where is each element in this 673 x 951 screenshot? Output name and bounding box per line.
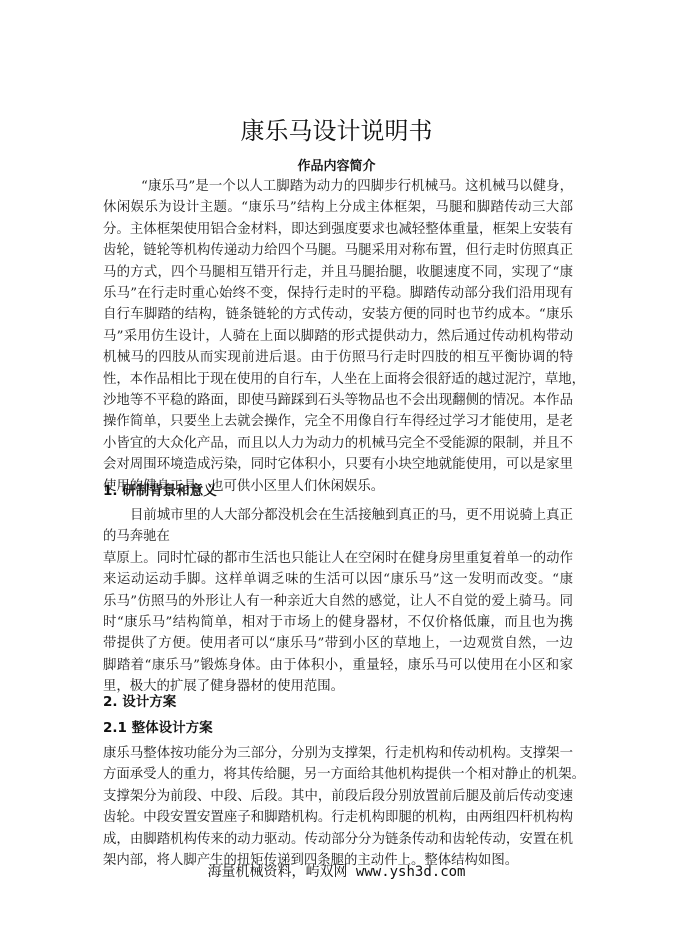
document-page: 康乐马设计说明书 作品内容简介 “康乐马”是一个以人工脚踏为动力的四脚步行机械马… — [0, 0, 673, 951]
intro-line: 马的方式，四个马腿相互错开行走，并且马腿抬腿，收腿速度不同，实现了“康 — [103, 262, 573, 283]
intro-line: 机械马的四肢从而实现前进后退。由于仿照马行走时四肢的相互平衡协调的特 — [103, 347, 573, 368]
section-2-1-line: 方面承受人的重力，将其传给腿，另一方面给其他机构提供一个相对静止的机架。 — [103, 764, 573, 785]
intro-line: 马”采用仿生设计，人骑在上面以脚踏的形式提供动力，然后通过传动机构带动 — [103, 326, 573, 347]
intro-line: 操作简单，只要坐上去就会操作，完全不用像自行车得经过学习才能使用，是老 — [103, 411, 573, 432]
footer-watermark: 海量机械资料，屿双网 www.ysh3d.com — [0, 862, 673, 882]
section-1-line: 乐马”仿照马的外形让人有一种亲近大自然的感觉，让人不自觉的爱上骑马。同 — [103, 591, 573, 612]
section-1-line: 草原上。同时忙碌的都市生活也只能让人在空闲时在健身房里重复着单一的动作 — [103, 548, 573, 569]
section-1-line: 脚踏着“康乐马”锻炼身体。由于体积小，重量轻，康乐马可以使用在小区和家 — [103, 655, 573, 676]
intro-line: 自行车脚踏的结构，链条链轮的方式传动，安装方便的同时也节约成本。“康乐 — [103, 304, 573, 325]
intro-line: 乐马”在行走时重心始终不变，保持行走时的平稳。脚踏传动部分我们沿用现有 — [103, 283, 573, 304]
section-1-line: 来运动运动手脚。这样单调乏味的生活可以因“康乐马”这一发明而改变。“康 — [103, 569, 573, 590]
section-2-1-line: 成，由脚踏机构传来的动力驱动。传动部分分为链条传动和齿轮传动，安置在机 — [103, 829, 573, 850]
section-2-1-paragraph: 康乐马整体按功能分为三部分，分别为支撑架，行走机构和传动机构。支撑架一 方面承受… — [103, 743, 573, 871]
intro-line: “康乐马”是一个以人工脚踏为动力的四脚步行机械马。这机械马以健身， — [103, 176, 573, 197]
section-2-1-line: 康乐马整体按功能分为三部分，分别为支撑架，行走机构和传动机构。支撑架一 — [103, 743, 573, 764]
section-1-line: 带提供了方便。使用者可以“康乐马”带到小区的草地上，一边观赏自然，一边 — [103, 633, 573, 654]
section-1-line: 的马奔驰在 — [103, 526, 573, 547]
intro-line: 分。主体框架使用铝合金材料，即达到强度要求也减轻整体重量，框架上安装有 — [103, 219, 573, 240]
intro-line: 小皆宜的大众化产品，而且以人力为动力的机械马完全不受能源的限制，并且不 — [103, 433, 573, 454]
section-1-line: 时“康乐马”结构简单，相对于市场上的健身器材，不仅价格低廉，而且也为携 — [103, 612, 573, 633]
section-2-1-line: 支撑架分为前段、中段、后段。其中，前段后段分别放置前后腿及前后传动变速 — [103, 786, 573, 807]
section-1-paragraph: 目前城市里的人大部分都没机会在生活接触到真正的马，更不用说骑上真正 的马奔驰在 … — [103, 505, 573, 698]
intro-line: 会对周围环境造成污染，同时它体积小，只要有小块空地就能使用，可以是家里 — [103, 454, 573, 475]
section-1-heading: 1. 研制背景和意义 — [103, 481, 217, 501]
intro-heading: 作品内容简介 — [0, 158, 673, 176]
intro-line: 齿轮，链轮等机构传递动力给四个马腿。马腿采用对称布置，但行走时仿照真正 — [103, 240, 573, 261]
section-1-line: 目前城市里的人大部分都没机会在生活接触到真正的马，更不用说骑上真正 — [103, 505, 573, 526]
intro-line: 性，本作品相比于现在使用的自行车，人坐在上面将会很舒适的越过泥泞，草地， — [103, 369, 573, 390]
section-2-heading: 2. 设计方案 — [103, 692, 176, 712]
intro-line: 沙地等不平稳的路面，即使马蹄踩到石头等物品也不会出现翻侧的情况。本作品 — [103, 390, 573, 411]
document-title: 康乐马设计说明书 — [0, 116, 673, 146]
section-2-1-heading: 2.1 整体设计方案 — [103, 718, 213, 738]
intro-line: 休闲娱乐为设计主题。“康乐马”结构上分成主体框架，马腿和脚踏传动三大部 — [103, 197, 573, 218]
section-2-1-line: 齿轮。中段安置安置座子和脚踏机构。行走机构即腿的机构，由两组四杆机构构 — [103, 807, 573, 828]
intro-paragraph: “康乐马”是一个以人工脚踏为动力的四脚步行机械马。这机械马以健身， 休闲娱乐为设… — [103, 176, 573, 497]
